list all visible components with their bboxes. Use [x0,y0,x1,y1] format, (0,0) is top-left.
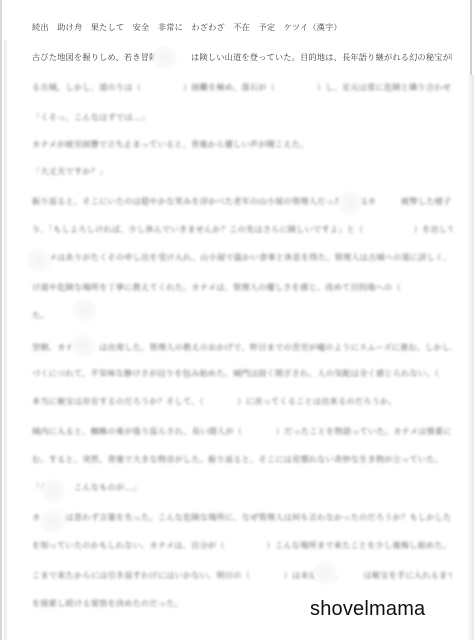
watermark: shovelmama [310,598,425,621]
redaction-spot [312,560,338,586]
redaction-spot [152,45,178,71]
story-line-2: る古城。しかし、道のりは（ ）困難を極め、落石が（ ）し、足元は常に危険と隣り合… [32,82,452,92]
redaction-spot [70,332,96,358]
redaction-spot [26,248,52,274]
story-line-10: づくにつれて、不気味な静けさが辺りを包み始めた。城門は固く閉ざされ、人の気配は全… [32,368,452,378]
story-line-4: 振り返ると、そこにいたのは穏やかな笑みを浮かべた老年の山小屋の管理人だった。彼は… [32,196,452,206]
story-line-1: 古びた地図を握りしめ、若き冒険家 は険しい山道を登っていた。目的地は、長年語り継… [32,52,452,62]
story-line-7: け道や危険な場所を丁寧に教えてくれた。カナメは、管理人の優しさを感じ、改めて目的… [32,282,452,292]
story-line-11: 本当に秘宝は存在するのだろうか？そして、（ ）に戻ってくることは出来るのだろうか… [32,396,452,406]
story-line-5: り、「もしよろしければ、少し休んでいきませんか？この先はさらに険しいですよ」と（… [32,224,452,234]
redaction-spot [337,190,363,216]
dialogue-line-1: 「くそっ、こんなはずでは…」 [32,112,452,122]
redaction-spot [40,478,66,504]
story-line-13: む。すると、突然、背後で大きな物音がした。振り返ると、そこには見慣れない奇妙な生… [32,454,452,464]
story-line-16: こまで来たからには引き返すわけにはいかない。明日の（ ）は未定だが、 は秘宝を手… [32,570,452,580]
story-line-14: カ は思わず言葉を失った。こんな危険な場所に、なぜ管理人は何も言わなかったのだろ… [32,512,452,522]
dialogue-line-2: 「大丈夫ですか？」 [32,166,452,176]
page-shadow-left [4,40,8,640]
redaction-spot [72,298,98,324]
worksheet-page: 続出 助け舟 果たして 安全 非常に わざわざ 不在 予定 ケツイ（漢字） 古び… [0,0,472,640]
story-line-12: 城内に入ると、蜘蛛の巣が張り巡らされ、長い間人が（ ）だったことを物語っていた。… [32,426,452,436]
redaction-spot [40,508,66,534]
story-line-15: を知っていたのかもしれない。カナメは、自分が（ ）こんな場所まで来たことを少し後… [32,540,452,550]
page-shadow-right [468,75,474,640]
dialogue-line-3: 「ま こんなものが…」 [32,482,452,492]
vocabulary-word-list: 続出 助け舟 果たして 安全 非常に わざわざ 不在 予定 ケツイ（漢字） [32,22,452,32]
story-line-6: メはありがたくその申し出を受け入れ、山小屋で温かい食事と休息を得た。管理人は古城… [32,252,452,262]
story-line-3: カナメが疲労困憊で立ち止まっていると、背後から優しい声が聞こえた。 [32,139,452,149]
